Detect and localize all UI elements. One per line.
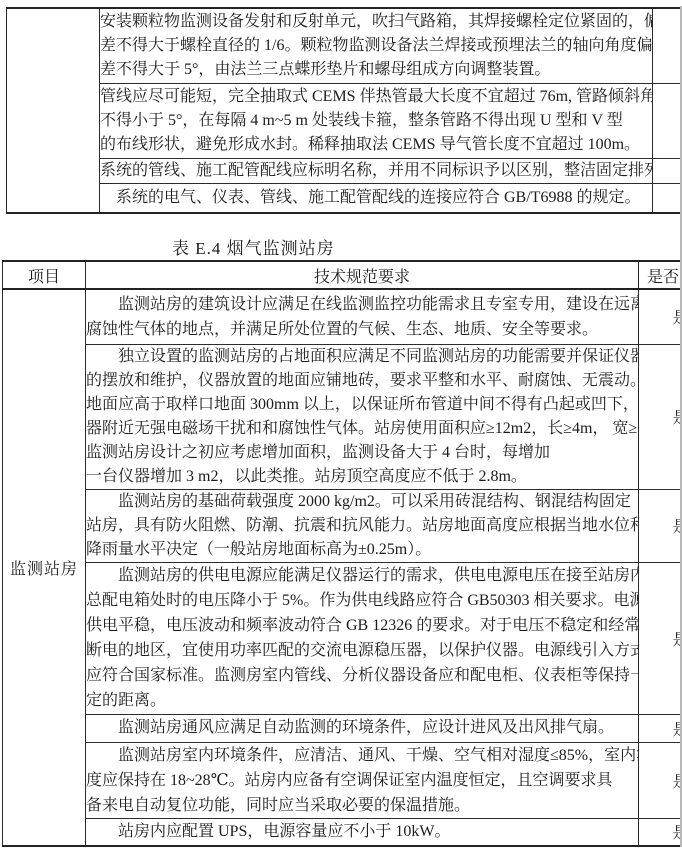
table-row: 监测站房 监测站房的建筑设计应满足在线监测监控功能需求且专室专用，建设在远离 腐… <box>3 289 682 344</box>
compliance-cell: 是 <box>639 489 682 562</box>
requirement-line: 定的距离。 <box>86 688 638 713</box>
compliance-cell: 是 <box>639 818 682 846</box>
requirement-line: 备来电自动复位功能，同时应当采取必要的保温措施。 <box>86 793 638 818</box>
table-row: 系统的管线、施工配管配线应标明名称，并用不同标识予以区别，整洁固定排列。 <box>7 158 682 183</box>
requirement-cell: 系统的电气、仪表、管线、施工配管配线的连接应符合 GB/T6988 的规定。 <box>100 183 653 213</box>
requirement-line: 供电平稳，电压波动和频率波动符合 GB 12326 的要求。对于电压不稳定和经常 <box>86 613 638 638</box>
table-row: 监测站房通风应满足自动监测的环境条件，应设计进风及出风排气扇。 是 <box>3 714 682 742</box>
requirement-line: 地面应高于取样口地面 300mm 以上，以保证所布管道中间不得有凸起或凹下，仪 <box>86 393 638 417</box>
requirement-line: 站房内应配置 UPS，电源容量应不小于 10kW。 <box>86 820 638 844</box>
requirement-cell: 监测站房通风应满足自动监测的环境条件，应设计进风及出风排气扇。 <box>86 714 639 742</box>
requirement-line: 监测站房的供电电源应能满足仪器运行的需求，供电电源电压在接至站房内 <box>86 563 638 588</box>
requirement-line: 腐蚀性气体的地点，并满足所处位置的气候、生态、地质、安全等要求。 <box>86 317 638 342</box>
requirement-line: 断电的地区，宜使用功率匹配的交流电源稳压器，以保护仪器。电源线引入方式 <box>86 638 638 663</box>
requirement-line: 的摆放和维护，仪器放置的地面应铺地砖，要求平整和水平、耐腐蚀、无震动。仪器 <box>86 369 638 393</box>
requirement-cell: 监测站房的供电电源应能满足仪器运行的需求，供电电源电压在接至站房内 总配电箱处时… <box>86 562 639 714</box>
compliance-cell <box>653 183 682 213</box>
requirement-line: 监测站房室内环境条件，应清洁、通风、干燥、空气相对湿度≤85%，室内温 <box>86 743 638 768</box>
table-row: 系统的电气、仪表、管线、施工配管配线的连接应符合 GB/T6988 的规定。 <box>7 183 682 213</box>
requirement-cell: 监测站房的建筑设计应满足在线监测监控功能需求且专室专用，建设在远离 腐蚀性气体的… <box>86 289 639 344</box>
requirement-cell: 独立设置的监测站房的占地面积应满足不同监测站房的功能需要并保证仪器 的摆放和维护… <box>86 344 639 489</box>
requirement-line: 总配电箱处时的电压降小于 5%。作为供电线路应符合 GB50303 相关要求。电… <box>86 588 638 613</box>
requirement-line: 站房，具有防火阻燃、防潮、抗震和抗风能力。站房地面高度应根据当地水位和 <box>86 514 638 538</box>
requirement-cell: 安装颗粒物监测设备发射和反射单元，吹扫气路箱，其焊接螺栓定位紧固的，偏 差不得大… <box>100 8 653 83</box>
header-requirement: 技术规范要求 <box>86 261 639 289</box>
table-row: 监测站房室内环境条件，应清洁、通风、干燥、空气相对湿度≤85%，室内温 度应保持… <box>3 742 682 818</box>
table-row: 站房内应配置 UPS，电源容量应不小于 10kW。 是 <box>3 818 682 846</box>
requirement-line: 差不得大于 5°，由法兰三点蝶形垫片和螺母组成方向调整装置。 <box>100 58 652 82</box>
table-row: 独立设置的监测站房的占地面积应满足不同监测站房的功能需要并保证仪器 的摆放和维护… <box>3 344 682 489</box>
requirement-line: 独立设置的监测站房的占地面积应满足不同监测站房的功能需要并保证仪器 <box>86 345 638 369</box>
requirement-line: 监测站房设计之初应考虑增加面积，监测设备大于 4 台时，每增加 <box>86 441 638 465</box>
requirement-line: 不得小于 5°，在每隔 4 m~5 m 处装线卡箍，整条管路不得出现 U 型和 … <box>100 109 652 133</box>
compliance-cell: 是 <box>639 714 682 742</box>
requirement-line: 应符合国家标准。监测房室内管线、分析仪器设备应和配电柜、仪表柜等保持一 <box>86 663 638 688</box>
compliance-cell: 是 <box>639 562 682 714</box>
requirement-line: 监测站房通风应满足自动监测的环境条件，应设计进风及出风排气扇。 <box>86 716 638 740</box>
requirement-cell: 管线应尽可能短，完全抽取式 CEMS 伴热管最大长度不宜超过 76m, 管路倾斜… <box>100 83 653 158</box>
table-row: 管线应尽可能短，完全抽取式 CEMS 伴热管最大长度不宜超过 76m, 管路倾斜… <box>7 83 682 158</box>
requirement-line: 安装颗粒物监测设备发射和反射单元，吹扫气路箱，其焊接螺栓定位紧固的，偏 <box>100 10 652 34</box>
requirement-line: 管线应尽可能短，完全抽取式 CEMS 伴热管最大长度不宜超过 76m, 管路倾斜… <box>100 85 652 109</box>
requirement-cell: 监测站房室内环境条件，应清洁、通风、干燥、空气相对湿度≤85%，室内温 度应保持… <box>86 742 639 818</box>
compliance-cell <box>653 83 682 158</box>
requirement-cell: 监测站房的基础荷载强度 2000 kg/m2。可以采用砖混结构、钢混结构固定 站… <box>86 489 639 562</box>
document-page: 安装颗粒物监测设备发射和反射单元，吹扫气路箱，其焊接螺栓定位紧固的，偏 差不得大… <box>0 0 682 848</box>
header-compliance: 是否 <box>639 261 682 289</box>
requirement-line: 器附近无强电磁场干扰和和腐蚀性气体。站房使用面积应≥12m2，长≥4m， 宽≥3… <box>86 417 638 441</box>
requirement-line: 监测站房的基础荷载强度 2000 kg/m2。可以采用砖混结构、钢混结构固定 <box>86 490 638 514</box>
compliance-cell <box>653 8 682 83</box>
requirement-line: 系统的管线、施工配管配线应标明名称，并用不同标识予以区别，整洁固定排列。 <box>100 159 652 183</box>
table-row: 安装颗粒物监测设备发射和反射单元，吹扫气路箱，其焊接螺栓定位紧固的，偏 差不得大… <box>7 8 682 83</box>
requirement-cell: 站房内应配置 UPS，电源容量应不小于 10kW。 <box>86 818 639 846</box>
requirement-line: 差不得大于螺栓直径的 1/6。颗粒物监测设备法兰焊接或预埋法兰的轴向角度偏 <box>100 34 652 58</box>
requirement-line: 的布线形状，避免形成水封。稀释抽取法 CEMS 导气管长度不宜超过 100m。 <box>100 133 652 157</box>
compliance-cell <box>653 158 682 183</box>
lower-table: 项目 技术规范要求 是否 监测站房 监测站房的建筑设计应满足在线监测监控功能需求… <box>2 260 682 847</box>
table-header-row: 项目 技术规范要求 是否 <box>3 261 682 289</box>
compliance-cell: 是 <box>639 289 682 344</box>
requirement-line: 降雨量水平决定（一般站房地面标高为±0.25m）。 <box>86 538 638 562</box>
requirement-line: 系统的电气、仪表、管线、施工配管配线的连接应符合 GB/T6988 的规定。 <box>100 186 652 210</box>
item-cell-empty <box>7 8 100 213</box>
table-title: 表 E.4 烟气监测站房 <box>172 234 335 259</box>
requirement-cell: 系统的管线、施工配管配线应标明名称，并用不同标识予以区别，整洁固定排列。 <box>100 158 653 183</box>
requirement-line: 一台仪器增加 3 m2，以此类推。站房顶空高度应不低于 2.8m。 <box>86 465 638 489</box>
compliance-cell: 是 <box>639 344 682 489</box>
upper-table: 安装颗粒物监测设备发射和反射单元，吹扫气路箱，其焊接螺栓定位紧固的，偏 差不得大… <box>6 7 682 214</box>
compliance-cell: 是 <box>639 742 682 818</box>
table-row: 监测站房的基础荷载强度 2000 kg/m2。可以采用砖混结构、钢混结构固定 站… <box>3 489 682 562</box>
item-cell: 监测站房 <box>3 289 86 846</box>
requirement-line: 监测站房的建筑设计应满足在线监测监控功能需求且专室专用，建设在远离 <box>86 292 638 317</box>
table-row: 监测站房的供电电源应能满足仪器运行的需求，供电电源电压在接至站房内 总配电箱处时… <box>3 562 682 714</box>
requirement-line: 度应保持在 18~28℃。站房内应备有空调保证室内温度恒定，且空调要求具 <box>86 768 638 793</box>
header-item: 项目 <box>3 261 86 289</box>
